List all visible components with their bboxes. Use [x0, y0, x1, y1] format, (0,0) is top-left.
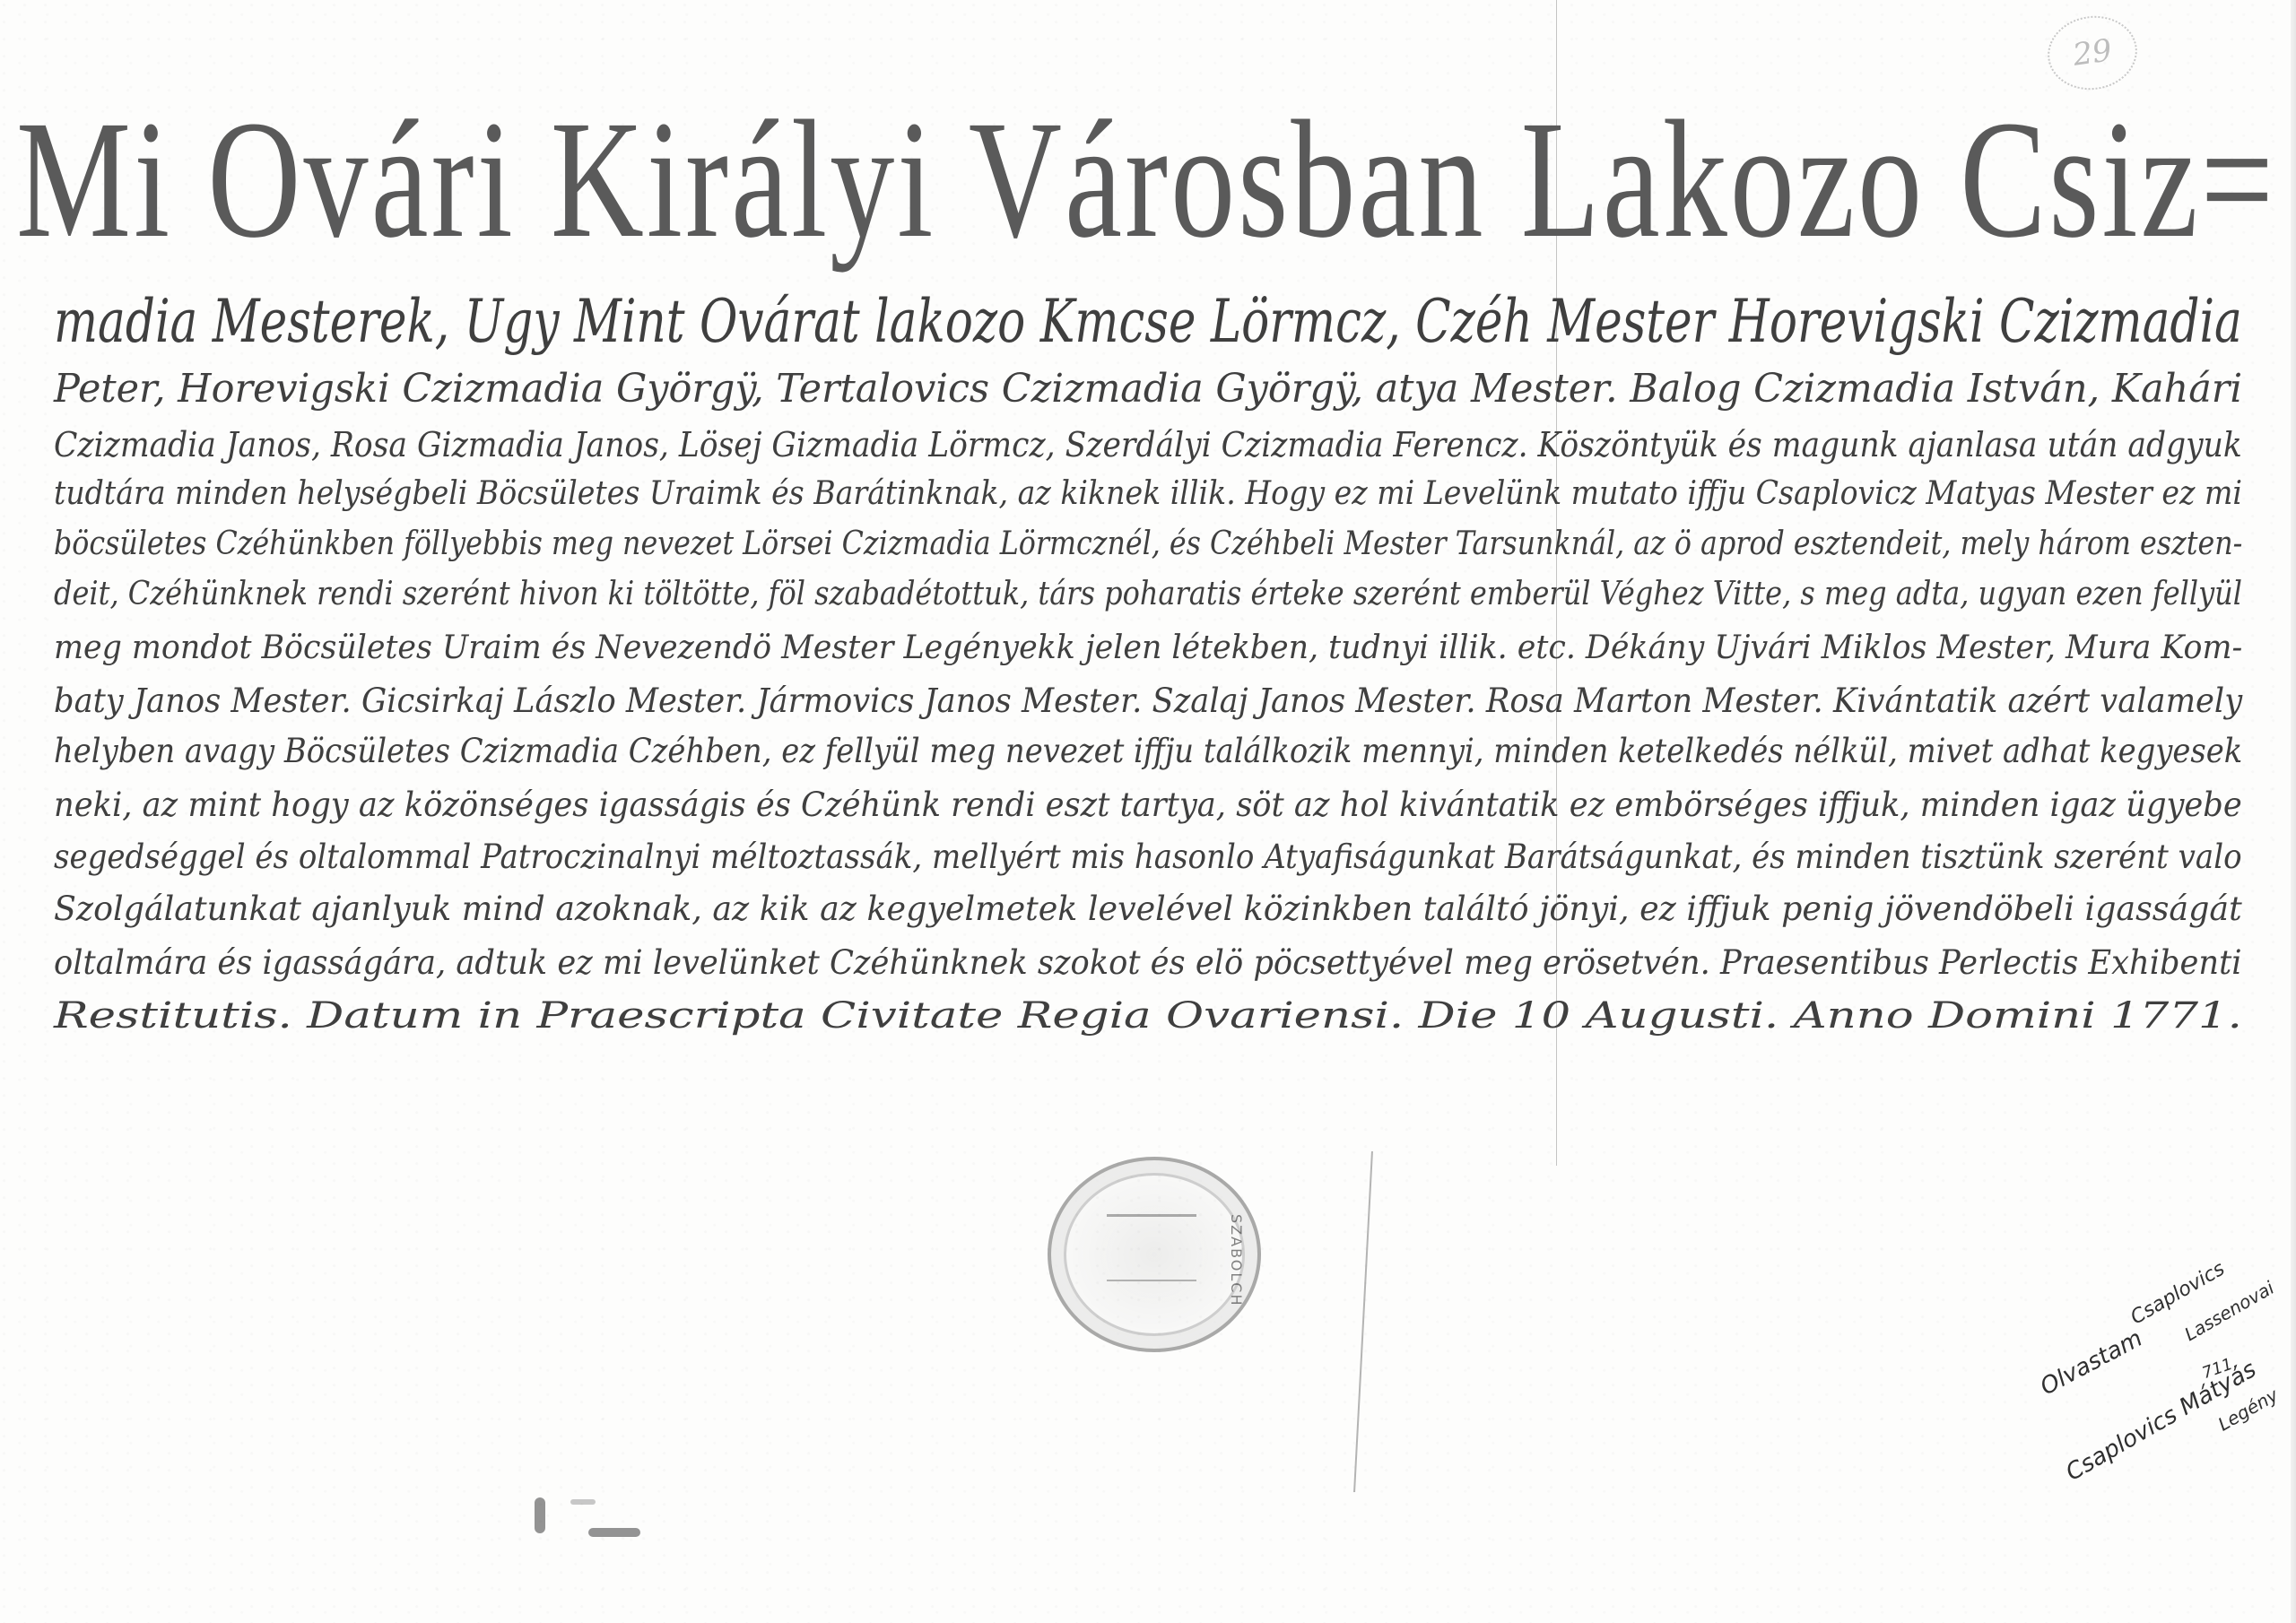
text-line-1-content: madia Mesterek, Ugy Mint Ovárat lakozo K…	[54, 287, 2242, 356]
paper-edge	[2291, 0, 2296, 1623]
text-line-3: Czizmadia Janos, Rosa Gizmadia Janos, Lö…	[54, 425, 2242, 464]
text-line-11: segedséggel és oltalommal Patroczinalnyi…	[54, 838, 2242, 876]
text-line-1: madia Mesterek, Ugy Mint Ovárat lakozo K…	[54, 287, 2242, 356]
margin-note-line: Olvastam	[2036, 1325, 2147, 1402]
text-line-8: baty Janos Mester. Gicsirkaj Lászlo Mest…	[54, 681, 2242, 720]
text-line-10: neki, az mint hogy az közönséges igasság…	[54, 785, 2242, 824]
seal-emblem	[1107, 1214, 1196, 1281]
text-line-13: oltalmára és igasságára, adtuk ez mi lev…	[54, 943, 2242, 982]
text-line-2: Peter, Horevigski Czizmadia Györgÿ, Tert…	[54, 366, 2242, 412]
text-line-4: tudtára minden helységbeli Böcsületes Ur…	[54, 475, 2242, 512]
text-line-7: meg mondot Böcsületes Uraim és Nevezendö…	[54, 629, 2242, 666]
text-line-9: helyben avagy Böcsületes Czizmadia Czéhb…	[54, 732, 2242, 770]
text-line-6: deit, Czéhünknek rendi szerént hivon ki …	[54, 576, 2242, 612]
document-title-line: Mi Ovári Királyi Városban Lakozo Csiz=	[16, 94, 1748, 265]
text-line-5: böcsületes Czéhünkben föllyebbis meg nev…	[54, 525, 2242, 562]
text-line-14-dating-clause: Restitutis. Datum in Praescripta Civitat…	[54, 995, 2242, 1037]
text-line-12: Szolgálatunkat ajanlyuk mind azoknak, az…	[54, 890, 2242, 928]
margin-annotation: Olvastam Csaplovics Lassenovai 711. Csap…	[2036, 1273, 2287, 1453]
seal-rim-text: SZABOLCH	[1228, 1214, 1245, 1306]
folio-number-stamp: 29	[2043, 10, 2142, 95]
folio-number: 29	[2071, 32, 2114, 74]
wax-seal: SZABOLCH	[1048, 1157, 1261, 1352]
ink-smudge	[535, 1488, 660, 1542]
